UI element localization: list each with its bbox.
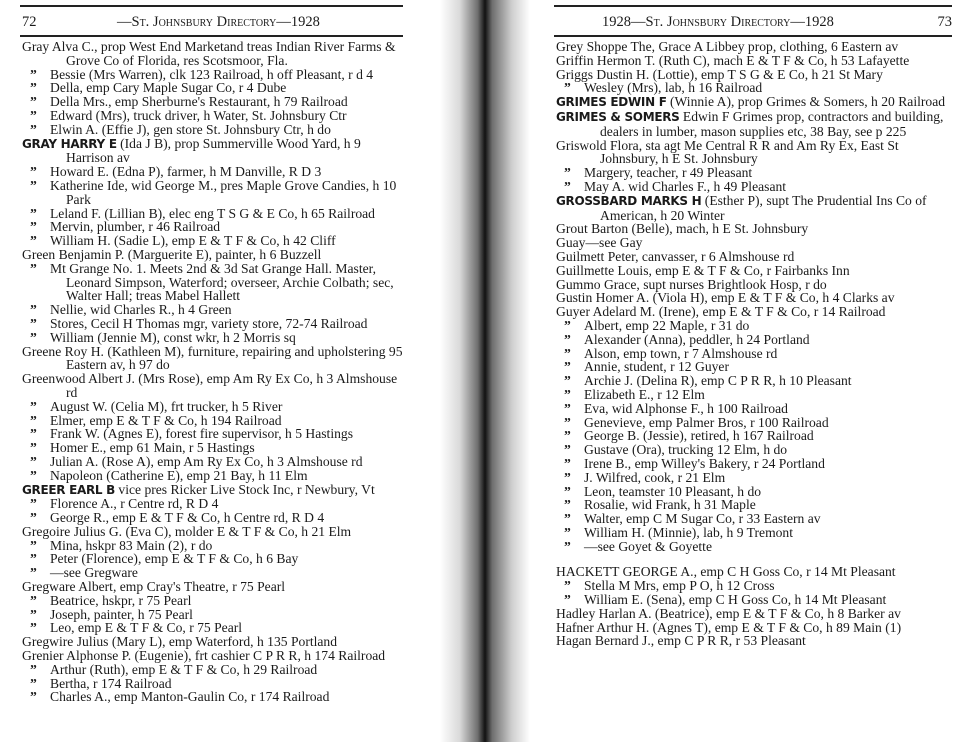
entry-text: Irene B., emp Willey's Bakery, r 24 Port… — [584, 456, 825, 471]
entry-text: —see Gregware — [50, 565, 138, 580]
directory-entry: Greene Roy H. (Kathleen M), furniture, r… — [22, 345, 404, 373]
directory-entry: ”Stores, Cecil H Thomas mgr, variety sto… — [22, 317, 404, 331]
entry-text: Florence A., r Centre rd, R D 4 — [50, 496, 218, 511]
entry-name: Griggs Dustin H. — [556, 67, 649, 82]
entry-name: Griswold Flora, — [556, 138, 642, 153]
entry-text: (Beatrice), emp E & T F & Co, h 8 Barker… — [652, 606, 901, 621]
directory-entry: ”Alexander (Anna), peddler, h 24 Portlan… — [556, 333, 952, 347]
directory-entry: ”—see Gregware — [22, 566, 404, 580]
entry-text: (Kathleen M), furniture, repairing and u… — [66, 344, 403, 373]
ditto-mark: ” — [564, 166, 584, 180]
ditto-mark: ” — [30, 109, 50, 123]
entry-text: vice pres Ricker Live Stock Inc, r Newbu… — [115, 482, 375, 497]
entry-text: emp C H Goss Co, r 14 Mt Pleasant — [697, 564, 896, 579]
directory-entry: ”Elizabeth E., r 12 Elm — [556, 388, 952, 402]
entry-text: (Lottie), emp T S G & E Co, h 21 St Mary — [649, 67, 883, 82]
directory-entry: ”George R., emp E & T F & Co, h Centre r… — [22, 511, 404, 525]
ditto-mark: ” — [30, 123, 50, 137]
directory-entry: ”Annie, student, r 12 Guyer — [556, 360, 952, 374]
directory-entry: ”Della, emp Cary Maple Sugar Co, r 4 Dub… — [22, 81, 404, 95]
ditto-mark: ” — [30, 207, 50, 221]
directory-entry: Hagan Bernard J., emp C P R R, r 53 Plea… — [556, 634, 952, 648]
entry-text: Albert, emp 22 Maple, r 31 do — [584, 318, 749, 333]
entry-text: Archie J. (Delina R), emp C P R R, h 10 … — [584, 373, 852, 388]
entry-text: Margery, teacher, r 49 Pleasant — [584, 165, 752, 180]
entry-text: (Marguerite E), painter, h 6 Buzzell — [124, 247, 321, 262]
ditto-mark: ” — [564, 471, 584, 485]
entry-text: George R., emp E & T F & Co, h Centre rd… — [50, 510, 324, 525]
directory-entry: GRAY HARRY E (Ida J B), prop Summerville… — [22, 137, 404, 166]
entry-text: Grace A Libbey prop, clothing, 6 Eastern… — [655, 39, 898, 54]
ditto-mark: ” — [564, 579, 584, 593]
entry-name: Grenier Alphonse P. — [22, 648, 131, 663]
directory-entry: ”Bertha, r 174 Railroad — [22, 677, 404, 691]
entry-text: Edward (Mrs), truck driver, h Water, St.… — [50, 108, 347, 123]
entry-text: Homer E., emp 61 Main, r 5 Hastings — [50, 440, 255, 455]
directory-entry: ”Howard E. (Edna P), farmer, h M Danvill… — [22, 165, 404, 179]
running-title: 1928—St. Johnsbury Directory—1928 — [602, 14, 834, 31]
entry-text: Genevieve, emp Palmer Bros, r 100 Railro… — [584, 415, 829, 430]
directory-entry: HACKETT GEORGE A., emp C H Goss Co, r 14… — [556, 565, 952, 579]
entry-name: Hafner Arthur H. — [556, 620, 649, 635]
directory-entry: Guay—see Gay — [556, 236, 952, 250]
entry-text: (Viola H), emp E & T F & Co, h 4 Clarks … — [649, 290, 894, 305]
ditto-mark: ” — [564, 593, 584, 607]
entry-name: Gray Alva C., — [22, 39, 98, 54]
entry-text: (Winnie A), prop Grimes & Somers, h 20 R… — [667, 94, 945, 109]
entry-text: Della Mrs., emp Sherburne's Restaurant, … — [50, 94, 348, 109]
top-rule — [20, 5, 403, 7]
directory-entry: ”Gustave (Ora), trucking 12 Elm, h do — [556, 443, 952, 457]
directory-entry: ”Arthur (Ruth), emp E & T F & Co, h 29 R… — [22, 663, 404, 677]
directory-entry: Grey Shoppe The, Grace A Libbey prop, cl… — [556, 40, 952, 54]
directory-entry: Gummo Grace, supt nurses Brightlook Hosp… — [556, 278, 952, 292]
entry-text: May A. wid Charles F., h 49 Pleasant — [584, 179, 786, 194]
ditto-mark: ” — [30, 414, 50, 428]
directory-entry: ”Alson, emp town, r 7 Almshouse rd — [556, 347, 952, 361]
ditto-mark: ” — [30, 608, 50, 622]
ditto-mark: ” — [564, 443, 584, 457]
directory-entry: Grout Barton (Belle), mach, h E St. John… — [556, 222, 952, 236]
directory-entry: Gregoire Julius G. (Eva C), molder E & T… — [22, 525, 404, 539]
entry-text: Napoleon (Catherine E), emp 21 Bay, h 11… — [50, 468, 308, 483]
entry-name: GRIMES & SOMERS — [556, 110, 680, 124]
entry-name: Gummo Grace, — [556, 277, 640, 292]
ditto-mark: ” — [30, 441, 50, 455]
entry-name: Green Benjamin P. — [22, 247, 124, 262]
entry-name: Gregoire Julius G. — [22, 524, 122, 539]
directory-entry: GROSSBARD MARKS H (Esther P), supt The P… — [556, 194, 952, 223]
entry-text: William E. (Sena), emp C H Goss Co, h 14… — [584, 592, 886, 607]
page-number: 73 — [938, 14, 953, 31]
directory-entry: ”May A. wid Charles F., h 49 Pleasant — [556, 180, 952, 194]
ditto-mark: ” — [30, 539, 50, 553]
ditto-mark: ” — [564, 526, 584, 540]
entry-text: Arthur (Ruth), emp E & T F & Co, h 29 Ra… — [50, 662, 317, 677]
ditto-mark: ” — [30, 552, 50, 566]
page-number: 72 — [22, 14, 117, 31]
ditto-mark: ” — [30, 331, 50, 345]
directory-entry: ”Leo, emp E & T F & Co, r 75 Pearl — [22, 621, 404, 635]
entry-name: Guilmett Peter, — [556, 249, 639, 264]
entry-text: William H. (Sadie L), emp E & T F & Co, … — [50, 233, 336, 248]
ditto-mark: ” — [564, 319, 584, 333]
entry-text: Wesley (Mrs), lab, h 16 Railroad — [584, 80, 762, 95]
running-title: —St. Johnsbury Directory—1928 — [117, 14, 320, 31]
directory-entry: ”Walter, emp C M Sugar Co, r 33 Eastern … — [556, 512, 952, 526]
entry-text: emp E & T F & Co, r Fairbanks Inn — [652, 263, 850, 278]
ditto-mark: ” — [30, 497, 50, 511]
directory-entry: Gustin Homer A. (Viola H), emp E & T F &… — [556, 291, 952, 305]
directory-entry: GREER EARL B vice pres Ricker Live Stock… — [22, 483, 404, 498]
directory-entry: ”August W. (Celia M), frt trucker, h 5 R… — [22, 400, 404, 414]
directory-entry: ”William (Jennie M), const wkr, h 2 Morr… — [22, 331, 404, 345]
entry-text: August W. (Celia M), frt trucker, h 5 Ri… — [50, 399, 282, 414]
entry-text: emp Cray's Theatre, r 75 Pearl — [116, 579, 285, 594]
entry-name: GREER EARL B — [22, 483, 115, 497]
entry-name: GROSSBARD MARKS H — [556, 194, 701, 208]
entry-text: Joseph, painter, h 75 Pearl — [50, 607, 193, 622]
directory-entry: ”William H. (Minnie), lab, h 9 Tremont — [556, 526, 952, 540]
entry-text: Mina, hskpr 83 Main (2), r do — [50, 538, 212, 553]
entry-text: Leo, emp E & T F & Co, r 75 Pearl — [50, 620, 242, 635]
entry-name: Greene Roy H. — [22, 344, 104, 359]
entry-text: Charles A., emp Manton-Gaulin Co, r 174 … — [50, 689, 329, 704]
ditto-mark: ” — [564, 512, 584, 526]
directory-entry: Griswold Flora, sta agt Me Central R R a… — [556, 139, 952, 167]
entry-text: Frank W. (Agnes E), forest fire supervis… — [50, 426, 353, 441]
entry-text: canvasser, r 6 Almshouse rd — [639, 249, 795, 264]
directory-entry: Hadley Harlan A. (Beatrice), emp E & T F… — [556, 607, 952, 621]
directory-entry: ”Peter (Florence), emp E & T F & Co, h 6… — [22, 552, 404, 566]
ditto-mark: ” — [30, 594, 50, 608]
directory-entry: ”Katherine Ide, wid George M., pres Mapl… — [22, 179, 404, 207]
directory-entry: Hafner Arthur H. (Agnes T), emp E & T F … — [556, 621, 952, 635]
entry-text: Eva, wid Alphonse F., h 100 Railroad — [584, 401, 788, 416]
directory-entry: ”Elmer, emp E & T F & Co, h 194 Railroad — [22, 414, 404, 428]
entry-text: —see Gay — [585, 235, 642, 250]
entry-name: Guyer Adelard M. — [556, 304, 655, 319]
entry-text: (Belle), mach, h E St. Johnsbury — [628, 221, 808, 236]
ditto-mark: ” — [564, 457, 584, 471]
top-rule — [554, 5, 952, 7]
ditto-mark: ” — [30, 165, 50, 179]
entry-text: Beatrice, hskpr, r 75 Pearl — [50, 593, 191, 608]
entry-text: Nellie, wid Charles R., h 4 Green — [50, 302, 232, 317]
directory-entry: ”Archie J. (Delina R), emp C P R R, h 10… — [556, 374, 952, 388]
directory-entry: Guillmette Louis, emp E & T F & Co, r Fa… — [556, 264, 952, 278]
ditto-mark: ” — [30, 220, 50, 234]
ditto-mark: ” — [564, 374, 584, 388]
directory-entry: ”Leland F. (Lillian B), elec eng T S G &… — [22, 207, 404, 221]
ditto-mark: ” — [30, 81, 50, 95]
ditto-mark: ” — [564, 540, 584, 554]
entry-text: Annie, student, r 12 Guyer — [584, 359, 729, 374]
entry-text: Elwin A. (Effie J), gen store St. Johnsb… — [50, 122, 331, 137]
ditto-mark: ” — [564, 429, 584, 443]
left-page: 72 —St. Johnsbury Directory—1928 Gray Al… — [0, 0, 470, 742]
entry-text: —see Goyet & Goyette — [584, 539, 712, 554]
ditto-mark: ” — [30, 469, 50, 483]
entry-text: Leon, teamster 10 Pleasant, h do — [584, 484, 761, 499]
directory-entry: Gray Alva C., prop West End Marketand tr… — [22, 40, 404, 68]
ditto-mark: ” — [564, 416, 584, 430]
entry-text: (Eva C), molder E & T F & Co, h 21 Elm — [122, 524, 351, 539]
entry-text: supt nurses Brightlook Hosp, r do — [640, 277, 827, 292]
entry-name: GRIMES EDWIN F — [556, 95, 667, 109]
ditto-mark: ” — [30, 95, 50, 109]
directory-entry: ”Leon, teamster 10 Pleasant, h do — [556, 485, 952, 499]
directory-entry: ”Bessie (Mrs Warren), clk 123 Railroad, … — [22, 68, 404, 82]
entry-text: Howard E. (Edna P), farmer, h M Danville… — [50, 164, 321, 179]
entry-text: (Ruth C), mach E & T F & Co, h 53 Lafaye… — [655, 53, 909, 68]
directory-entry: GRIMES EDWIN F (Winnie A), prop Grimes &… — [556, 95, 952, 110]
entry-text: (Mary L), emp Waterford, h 135 Portland — [108, 634, 337, 649]
directory-entry: ”Beatrice, hskpr, r 75 Pearl — [22, 594, 404, 608]
ditto-mark: ” — [564, 485, 584, 499]
entry-text: Elmer, emp E & T F & Co, h 194 Railroad — [50, 413, 282, 428]
entry-text: emp C P R R, r 53 Pleasant — [654, 633, 806, 648]
directory-entry: ”J. Wilfred, cook, r 21 Elm — [556, 471, 952, 485]
entry-text: prop West End Marketand treas Indian Riv… — [66, 39, 396, 68]
directory-entry: ”Stella M Mrs, emp P O, h 12 Cross — [556, 579, 952, 593]
entry-name: Gustin Homer A. — [556, 290, 649, 305]
entry-text: Walter, emp C M Sugar Co, r 33 Eastern a… — [584, 511, 821, 526]
entry-text: J. Wilfred, cook, r 21 Elm — [584, 470, 725, 485]
directory-entry: ”Genevieve, emp Palmer Bros, r 100 Railr… — [556, 416, 952, 430]
directory-entry: ”Wesley (Mrs), lab, h 16 Railroad — [556, 81, 952, 95]
entry-text: Alexander (Anna), peddler, h 24 Portland — [584, 332, 810, 347]
entry-name: Hadley Harlan A. — [556, 606, 652, 621]
ditto-mark: ” — [30, 621, 50, 635]
entry-text: Mt Grange No. 1. Meets 2nd & 3d Sat Gran… — [50, 261, 394, 304]
ditto-mark: ” — [564, 347, 584, 361]
directory-entry: Green Benjamin P. (Marguerite E), painte… — [22, 248, 404, 262]
entry-name: GRAY HARRY E — [22, 137, 117, 151]
directory-listing: Gray Alva C., prop West End Marketand tr… — [22, 40, 404, 704]
directory-entry: Gregwire Julius (Mary L), emp Waterford,… — [22, 635, 404, 649]
directory-entry: GRIMES & SOMERS Edwin F Grimes prop, con… — [556, 110, 952, 139]
directory-entry: ”Margery, teacher, r 49 Pleasant — [556, 166, 952, 180]
directory-entry: Griffin Hermon T. (Ruth C), mach E & T F… — [556, 54, 952, 68]
ditto-mark: ” — [564, 402, 584, 416]
entry-text: William H. (Minnie), lab, h 9 Tremont — [584, 525, 793, 540]
entry-text: William (Jennie M), const wkr, h 2 Morri… — [50, 330, 296, 345]
ditto-mark: ” — [30, 690, 50, 704]
header-rule — [554, 35, 952, 37]
entry-text: Elizabeth E., r 12 Elm — [584, 387, 705, 402]
entry-name: Gregware Albert, — [22, 579, 116, 594]
ditto-mark: ” — [30, 303, 50, 317]
ditto-mark: ” — [30, 317, 50, 331]
ditto-mark: ” — [30, 234, 50, 248]
entry-text: George B. (Jessie), retired, h 167 Railr… — [584, 428, 814, 443]
entry-text: Bertha, r 174 Railroad — [50, 676, 172, 691]
directory-entry: Guilmett Peter, canvasser, r 6 Almshouse… — [556, 250, 952, 264]
entry-name: Greenwood Albert J. — [22, 371, 135, 386]
ditto-mark: ” — [30, 663, 50, 677]
entry-text: Leland F. (Lillian B), elec eng T S G & … — [50, 206, 375, 221]
entry-text: (Eugenie), frt cashier C P R R, h 174 Ra… — [131, 648, 385, 663]
ditto-mark: ” — [30, 400, 50, 414]
directory-entry: ”Mt Grange No. 1. Meets 2nd & 3d Sat Gra… — [22, 262, 404, 303]
entry-name: HACKETT GEORGE A., — [556, 564, 697, 579]
directory-entry: ”Della Mrs., emp Sherburne's Restaurant,… — [22, 95, 404, 109]
ditto-mark: ” — [30, 68, 50, 82]
directory-listing: Grey Shoppe The, Grace A Libbey prop, cl… — [556, 40, 952, 648]
directory-entry: ”Julian A. (Rose A), emp Am Ry Ex Co, h … — [22, 455, 404, 469]
directory-entry: ”Homer E., emp 61 Main, r 5 Hastings — [22, 441, 404, 455]
entry-text: Rosalie, wid Frank, h 31 Maple — [584, 497, 756, 512]
directory-entry: Greenwood Albert J. (Mrs Rose), emp Am R… — [22, 372, 404, 400]
directory-entry: ”Elwin A. (Effie J), gen store St. Johns… — [22, 123, 404, 137]
entry-name: Gregwire Julius — [22, 634, 108, 649]
entry-name: Guay — [556, 235, 585, 250]
entry-text: (Agnes T), emp E & T F & Co, h 89 Main (… — [649, 620, 901, 635]
entry-name: Grout Barton — [556, 221, 628, 236]
right-page: 1928—St. Johnsbury Directory—1928 73 Gre… — [490, 0, 955, 742]
directory-entry: ”William E. (Sena), emp C H Goss Co, h 1… — [556, 593, 952, 607]
directory-entry: ”Joseph, painter, h 75 Pearl — [22, 608, 404, 622]
entry-name: Grey Shoppe The, — [556, 39, 655, 54]
ditto-mark: ” — [30, 566, 50, 580]
ditto-mark: ” — [30, 179, 50, 193]
ditto-mark: ” — [30, 455, 50, 469]
directory-entry: ”Nellie, wid Charles R., h 4 Green — [22, 303, 404, 317]
directory-entry: Griggs Dustin H. (Lottie), emp T S G & E… — [556, 68, 952, 82]
directory-entry: ”Eva, wid Alphonse F., h 100 Railroad — [556, 402, 952, 416]
entry-name: Guillmette Louis, — [556, 263, 652, 278]
directory-entry: ”Mina, hskpr 83 Main (2), r do — [22, 539, 404, 553]
entry-name: Hagan Bernard J., — [556, 633, 654, 648]
ditto-mark: ” — [30, 262, 50, 276]
ditto-mark: ” — [30, 677, 50, 691]
entry-text: Peter (Florence), emp E & T F & Co, h 6 … — [50, 551, 298, 566]
entry-text: Julian A. (Rose A), emp Am Ry Ex Co, h 3… — [50, 454, 363, 469]
ditto-mark: ” — [30, 427, 50, 441]
entry-text: Gustave (Ora), trucking 12 Elm, h do — [584, 442, 787, 457]
entry-text: sta agt Me Central R R and Am Ry Ex, Eas… — [600, 138, 899, 167]
directory-entry: Grenier Alphonse P. (Eugenie), frt cashi… — [22, 649, 404, 663]
ditto-mark: ” — [564, 333, 584, 347]
directory-entry: ”Napoleon (Catherine E), emp 21 Bay, h 1… — [22, 469, 404, 483]
directory-entry: ”Frank W. (Agnes E), forest fire supervi… — [22, 427, 404, 441]
entry-text: Katherine Ide, wid George M., pres Maple… — [50, 178, 396, 207]
ditto-mark: ” — [564, 388, 584, 402]
directory-entry: ”William H. (Sadie L), emp E & T F & Co,… — [22, 234, 404, 248]
ditto-mark: ” — [564, 180, 584, 194]
ditto-mark: ” — [564, 360, 584, 374]
ditto-mark: ” — [564, 498, 584, 512]
directory-entry: ”Mervin, plumber, r 46 Railroad — [22, 220, 404, 234]
directory-entry: ”George B. (Jessie), retired, h 167 Rail… — [556, 429, 952, 443]
page-header: 1928—St. Johnsbury Directory—1928 73 — [602, 12, 952, 32]
entry-text: (Irene), emp E & T F & Co, r 14 Railroad — [655, 304, 885, 319]
entry-text: Stella M Mrs, emp P O, h 12 Cross — [584, 578, 775, 593]
ditto-mark: ” — [564, 81, 584, 95]
directory-entry: ”Albert, emp 22 Maple, r 31 do — [556, 319, 952, 333]
directory-entry: Gregware Albert, emp Cray's Theatre, r 7… — [22, 580, 404, 594]
entry-text: Bessie (Mrs Warren), clk 123 Railroad, h… — [50, 67, 373, 82]
entry-name: Griffin Hermon T. — [556, 53, 655, 68]
entry-text: Alson, emp town, r 7 Almshouse rd — [584, 346, 777, 361]
directory-entry: ”Florence A., r Centre rd, R D 4 — [22, 497, 404, 511]
directory-entry: ”Irene B., emp Willey's Bakery, r 24 Por… — [556, 457, 952, 471]
directory-entry: ”Rosalie, wid Frank, h 31 Maple — [556, 498, 952, 512]
header-rule — [20, 35, 403, 37]
directory-entry: Guyer Adelard M. (Irene), emp E & T F & … — [556, 305, 952, 319]
directory-entry: ”Edward (Mrs), truck driver, h Water, St… — [22, 109, 404, 123]
page-header: 72 —St. Johnsbury Directory—1928 — [22, 12, 402, 32]
directory-entry: ”Charles A., emp Manton-Gaulin Co, r 174… — [22, 690, 404, 704]
ditto-mark: ” — [30, 511, 50, 525]
entry-text: Mervin, plumber, r 46 Railroad — [50, 219, 220, 234]
directory-entry: ”—see Goyet & Goyette — [556, 540, 952, 554]
entry-text: Della, emp Cary Maple Sugar Co, r 4 Dube — [50, 80, 286, 95]
entry-text: Stores, Cecil H Thomas mgr, variety stor… — [50, 316, 367, 331]
